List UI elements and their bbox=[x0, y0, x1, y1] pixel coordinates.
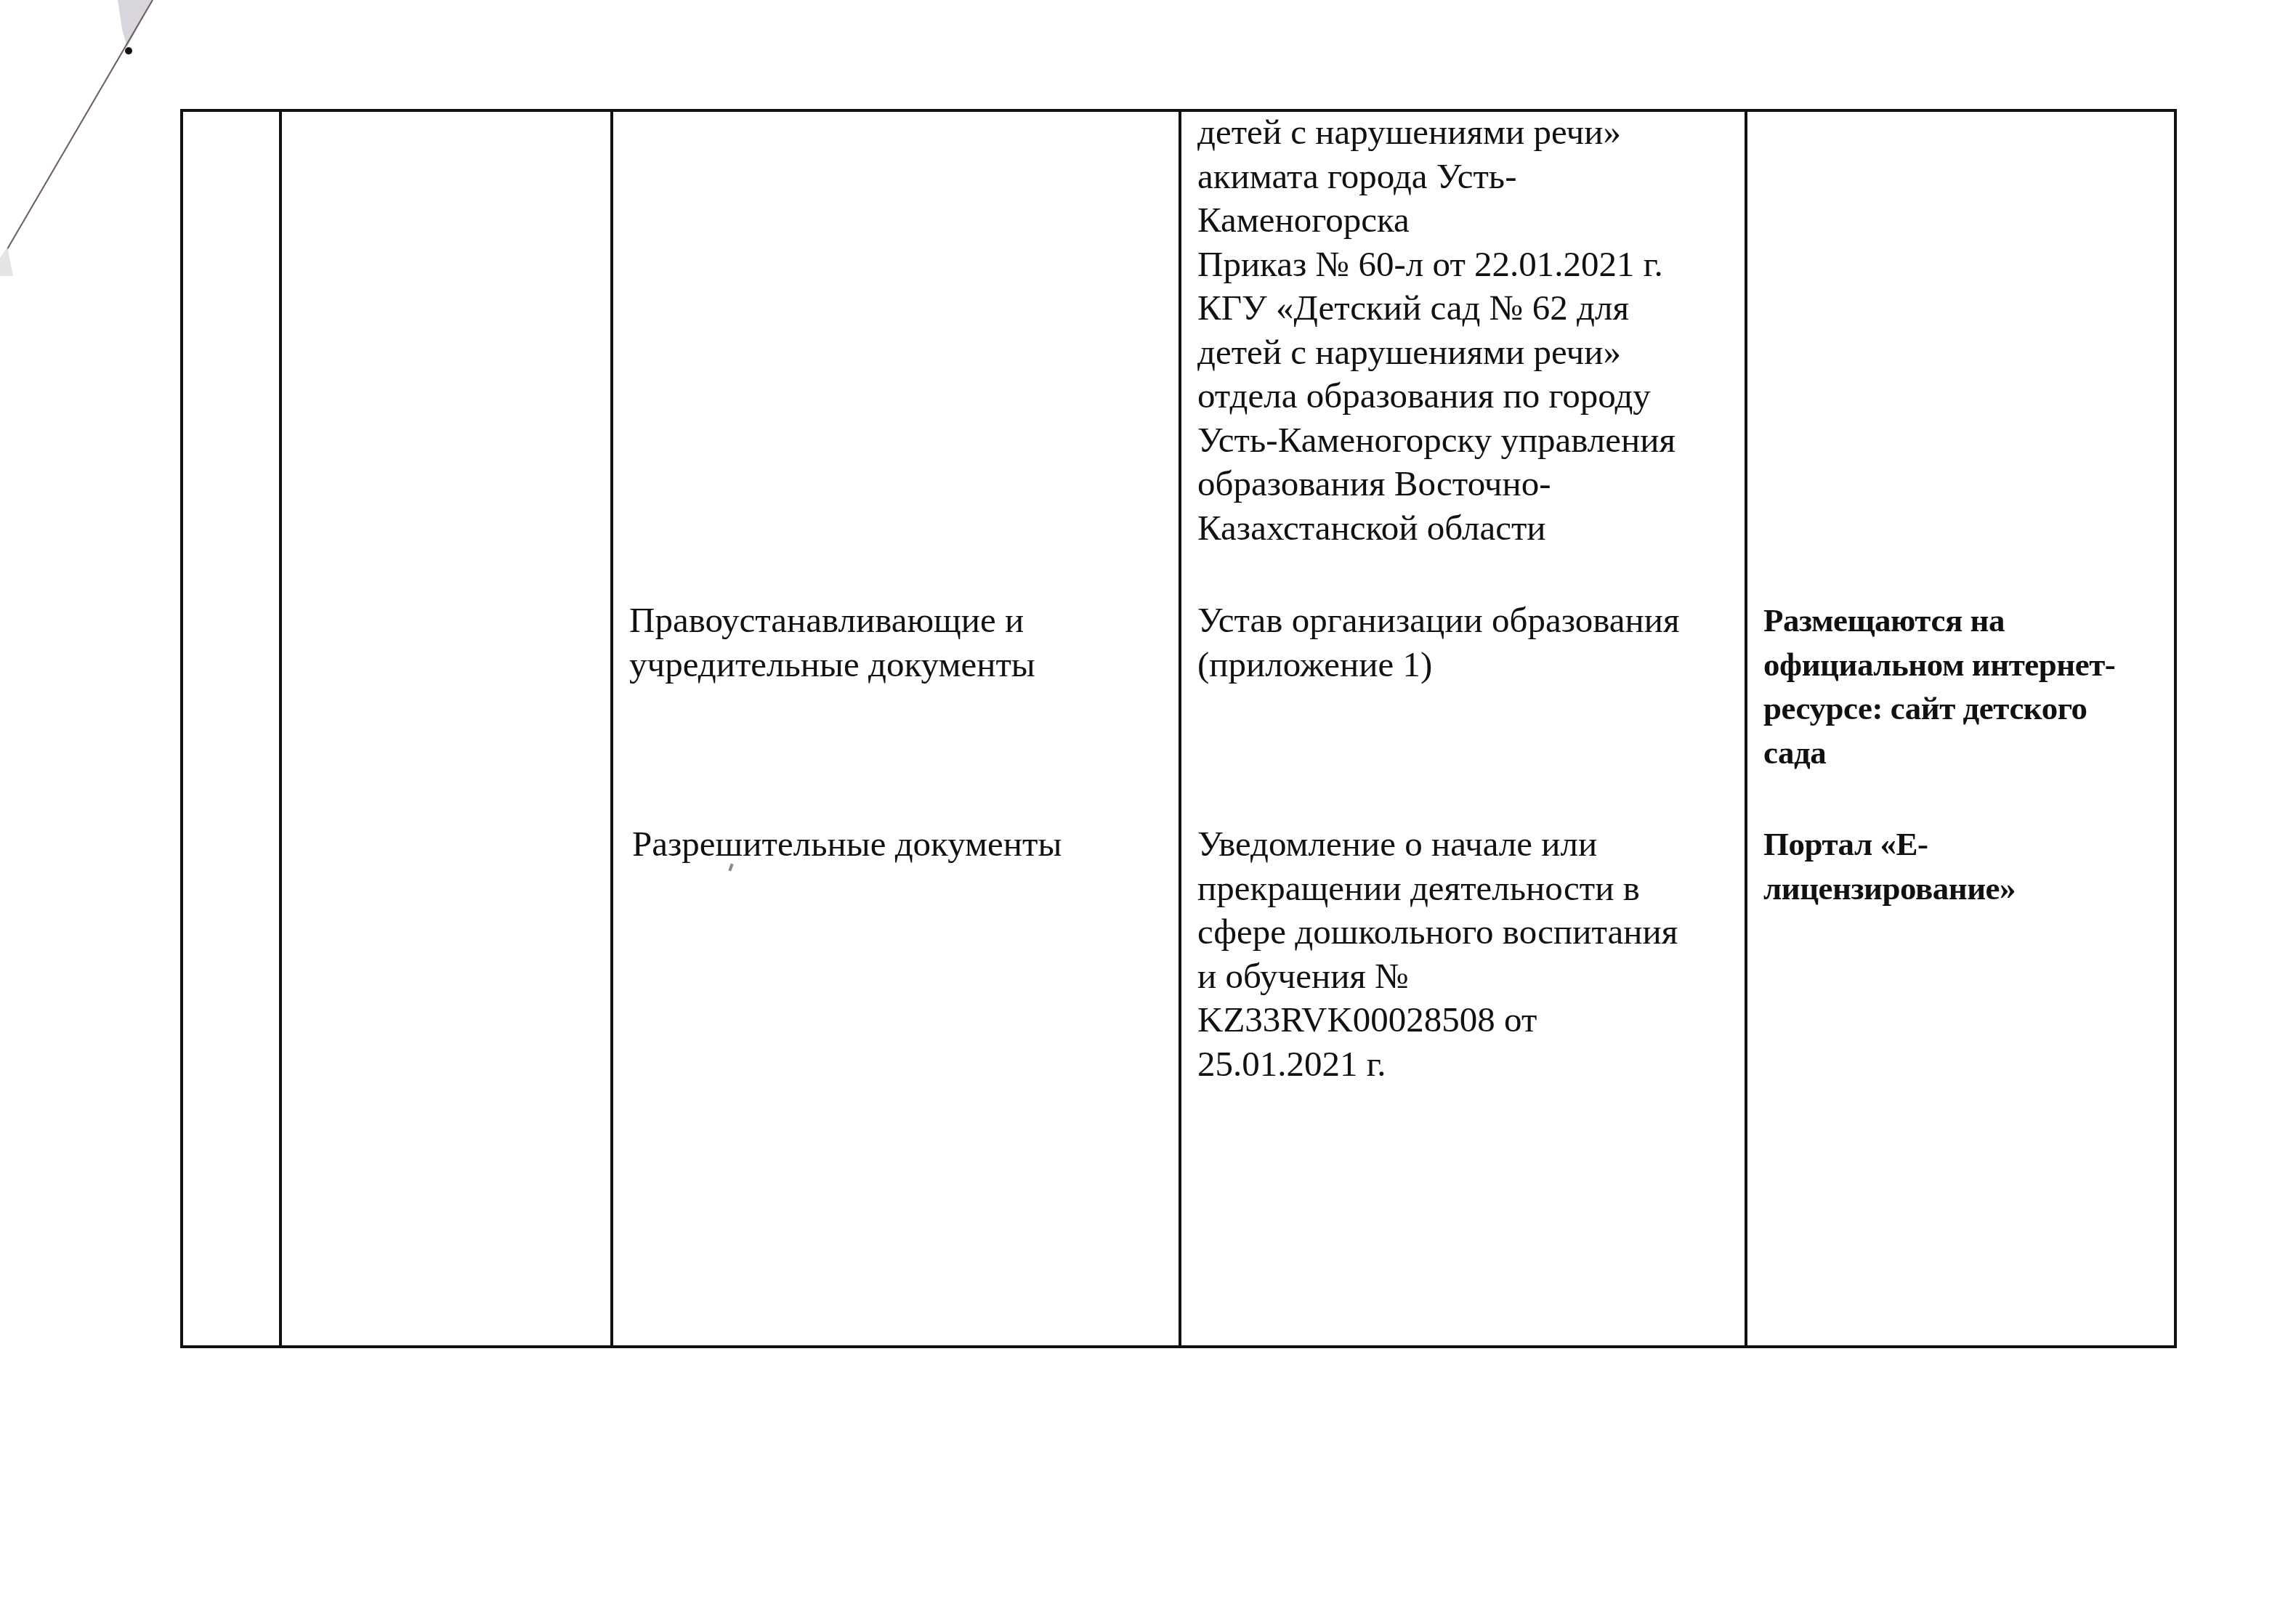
document-details-cell: детей с нарушениями речи» акимата города… bbox=[1180, 110, 1746, 1347]
placement-website: Размещаются на официальном интернет- рес… bbox=[1763, 599, 2167, 774]
document-type-cell: Правоустанавливающие и учредительные док… bbox=[612, 110, 1180, 1347]
table-row: Правоустанавливающие и учредительные док… bbox=[182, 110, 2175, 1347]
document-type-permits: Разрешительные документы bbox=[632, 822, 1171, 867]
placement-elicensing: Портал «Е- лицензирование» bbox=[1763, 822, 2167, 910]
paper-fold-corner bbox=[0, 0, 160, 276]
notification-details: Уведомление о начале или прекращении дея… bbox=[1197, 822, 1737, 1086]
documents-table: Правоустанавливающие и учредительные док… bbox=[180, 109, 2177, 1348]
order-details: детей с нарушениями речи» акимата города… bbox=[1197, 110, 1737, 550]
charter-details: Устав организации образования (приложени… bbox=[1197, 599, 1737, 686]
placement-cell: Размещаются на официальном интернет- рес… bbox=[1746, 110, 2175, 1347]
document-type-founding: Правоустанавливающие и учредительные док… bbox=[629, 599, 1171, 686]
section-cell bbox=[280, 110, 612, 1347]
number-cell bbox=[182, 110, 280, 1347]
